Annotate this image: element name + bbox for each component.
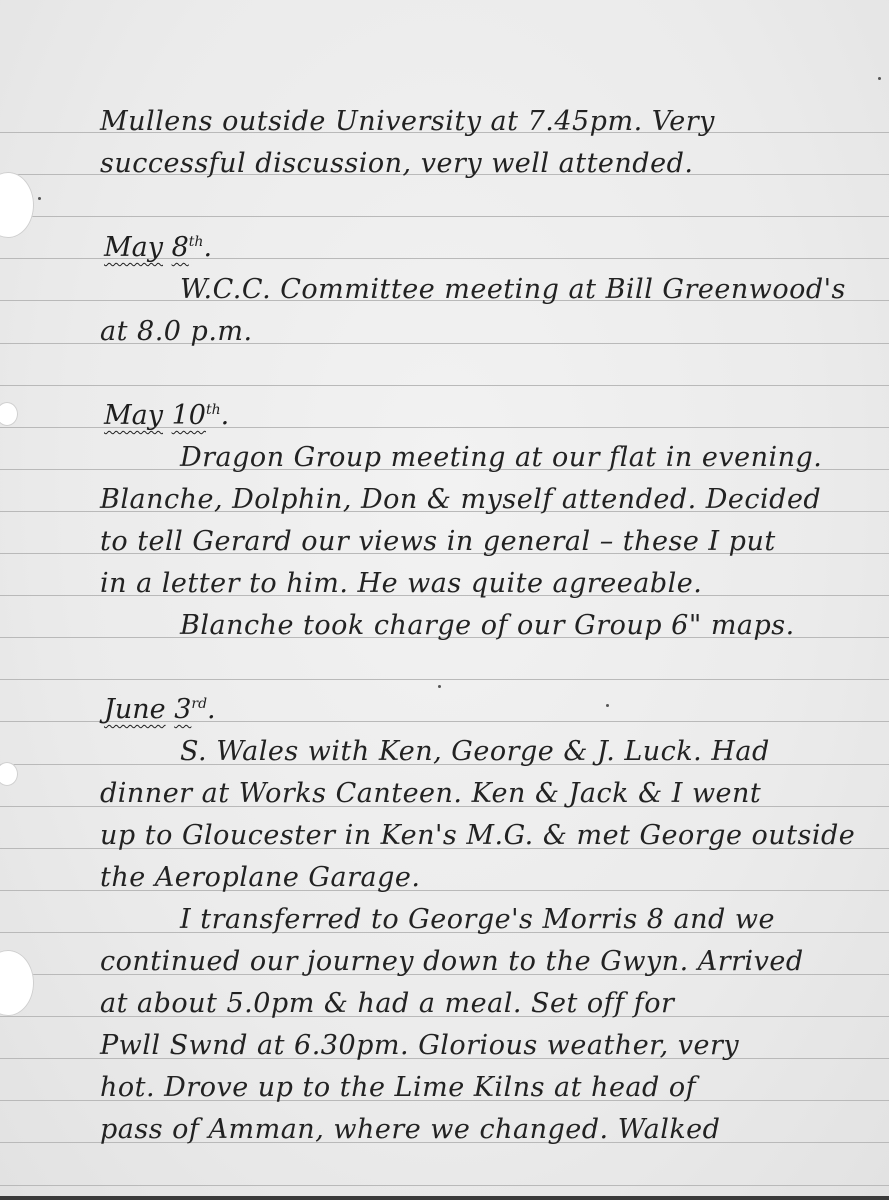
diary-line: the Aeroplane Garage. bbox=[100, 864, 420, 891]
diary-line: to tell Gerard our views in general – th… bbox=[100, 528, 776, 555]
diary-line: Dragon Group meeting at our flat in even… bbox=[180, 444, 822, 471]
diary-line: successful discussion, very well attende… bbox=[100, 150, 693, 177]
diary-line: pass of Amman, where we changed. Walked bbox=[100, 1116, 720, 1143]
diary-line: Mullens outside University at 7.45pm. Ve… bbox=[100, 108, 715, 135]
date-suffix: th bbox=[189, 234, 204, 250]
date-suffix: rd bbox=[191, 696, 207, 712]
binder-hole-3 bbox=[0, 762, 18, 786]
paper-speck bbox=[878, 77, 881, 80]
diary-line: up to Gloucester in Ken's M.G. & met Geo… bbox=[100, 822, 855, 849]
diary-line: Pwll Swnd at 6.30pm. Glorious weather, v… bbox=[100, 1032, 739, 1059]
entry-date-june-3: June 3rd. bbox=[104, 696, 216, 723]
ruled-line bbox=[0, 216, 889, 217]
diary-line: W.C.C. Committee meeting at Bill Greenwo… bbox=[180, 276, 846, 303]
diary-line: continued our journey down to the Gwyn. … bbox=[100, 948, 804, 975]
paper-speck bbox=[438, 685, 441, 688]
entry-date-may-8: May 8th. bbox=[104, 234, 212, 261]
entry-date-may-10: May 10th. bbox=[104, 402, 229, 429]
diary-line: S. Wales with Ken, George & J. Luck. Had bbox=[180, 738, 770, 765]
diary-line: in a letter to him. He was quite agreeab… bbox=[100, 570, 702, 597]
diary-line: Blanche, Dolphin, Don & myself attended.… bbox=[100, 486, 821, 513]
page-bottom-edge bbox=[0, 1196, 889, 1200]
notebook-page: Mullens outside University at 7.45pm. Ve… bbox=[0, 0, 889, 1196]
ruled-line bbox=[0, 1185, 889, 1186]
date-month: May bbox=[104, 232, 163, 263]
diary-line: at 8.0 p.m. bbox=[100, 318, 253, 345]
date-month: May bbox=[104, 400, 163, 431]
date-day: 10 bbox=[172, 400, 206, 431]
date-suffix: th bbox=[206, 402, 221, 418]
paper-speck bbox=[38, 197, 41, 200]
binder-hole-1 bbox=[0, 172, 34, 238]
diary-line: Blanche took charge of our Group 6" maps… bbox=[180, 612, 795, 639]
diary-line: I transferred to George's Morris 8 and w… bbox=[180, 906, 775, 933]
date-month: June bbox=[104, 694, 166, 725]
date-day: 3 bbox=[174, 694, 191, 725]
date-day: 8 bbox=[172, 232, 189, 263]
diary-line: dinner at Works Canteen. Ken & Jack & I … bbox=[100, 780, 761, 807]
binder-hole-4 bbox=[0, 950, 34, 1016]
binder-hole-2 bbox=[0, 402, 18, 426]
diary-line: at about 5.0pm & had a meal. Set off for bbox=[100, 990, 674, 1017]
ruled-line bbox=[0, 679, 889, 680]
ruled-line bbox=[0, 385, 889, 386]
diary-line: hot. Drove up to the Lime Kilns at head … bbox=[100, 1074, 696, 1101]
paper-speck bbox=[606, 704, 609, 707]
